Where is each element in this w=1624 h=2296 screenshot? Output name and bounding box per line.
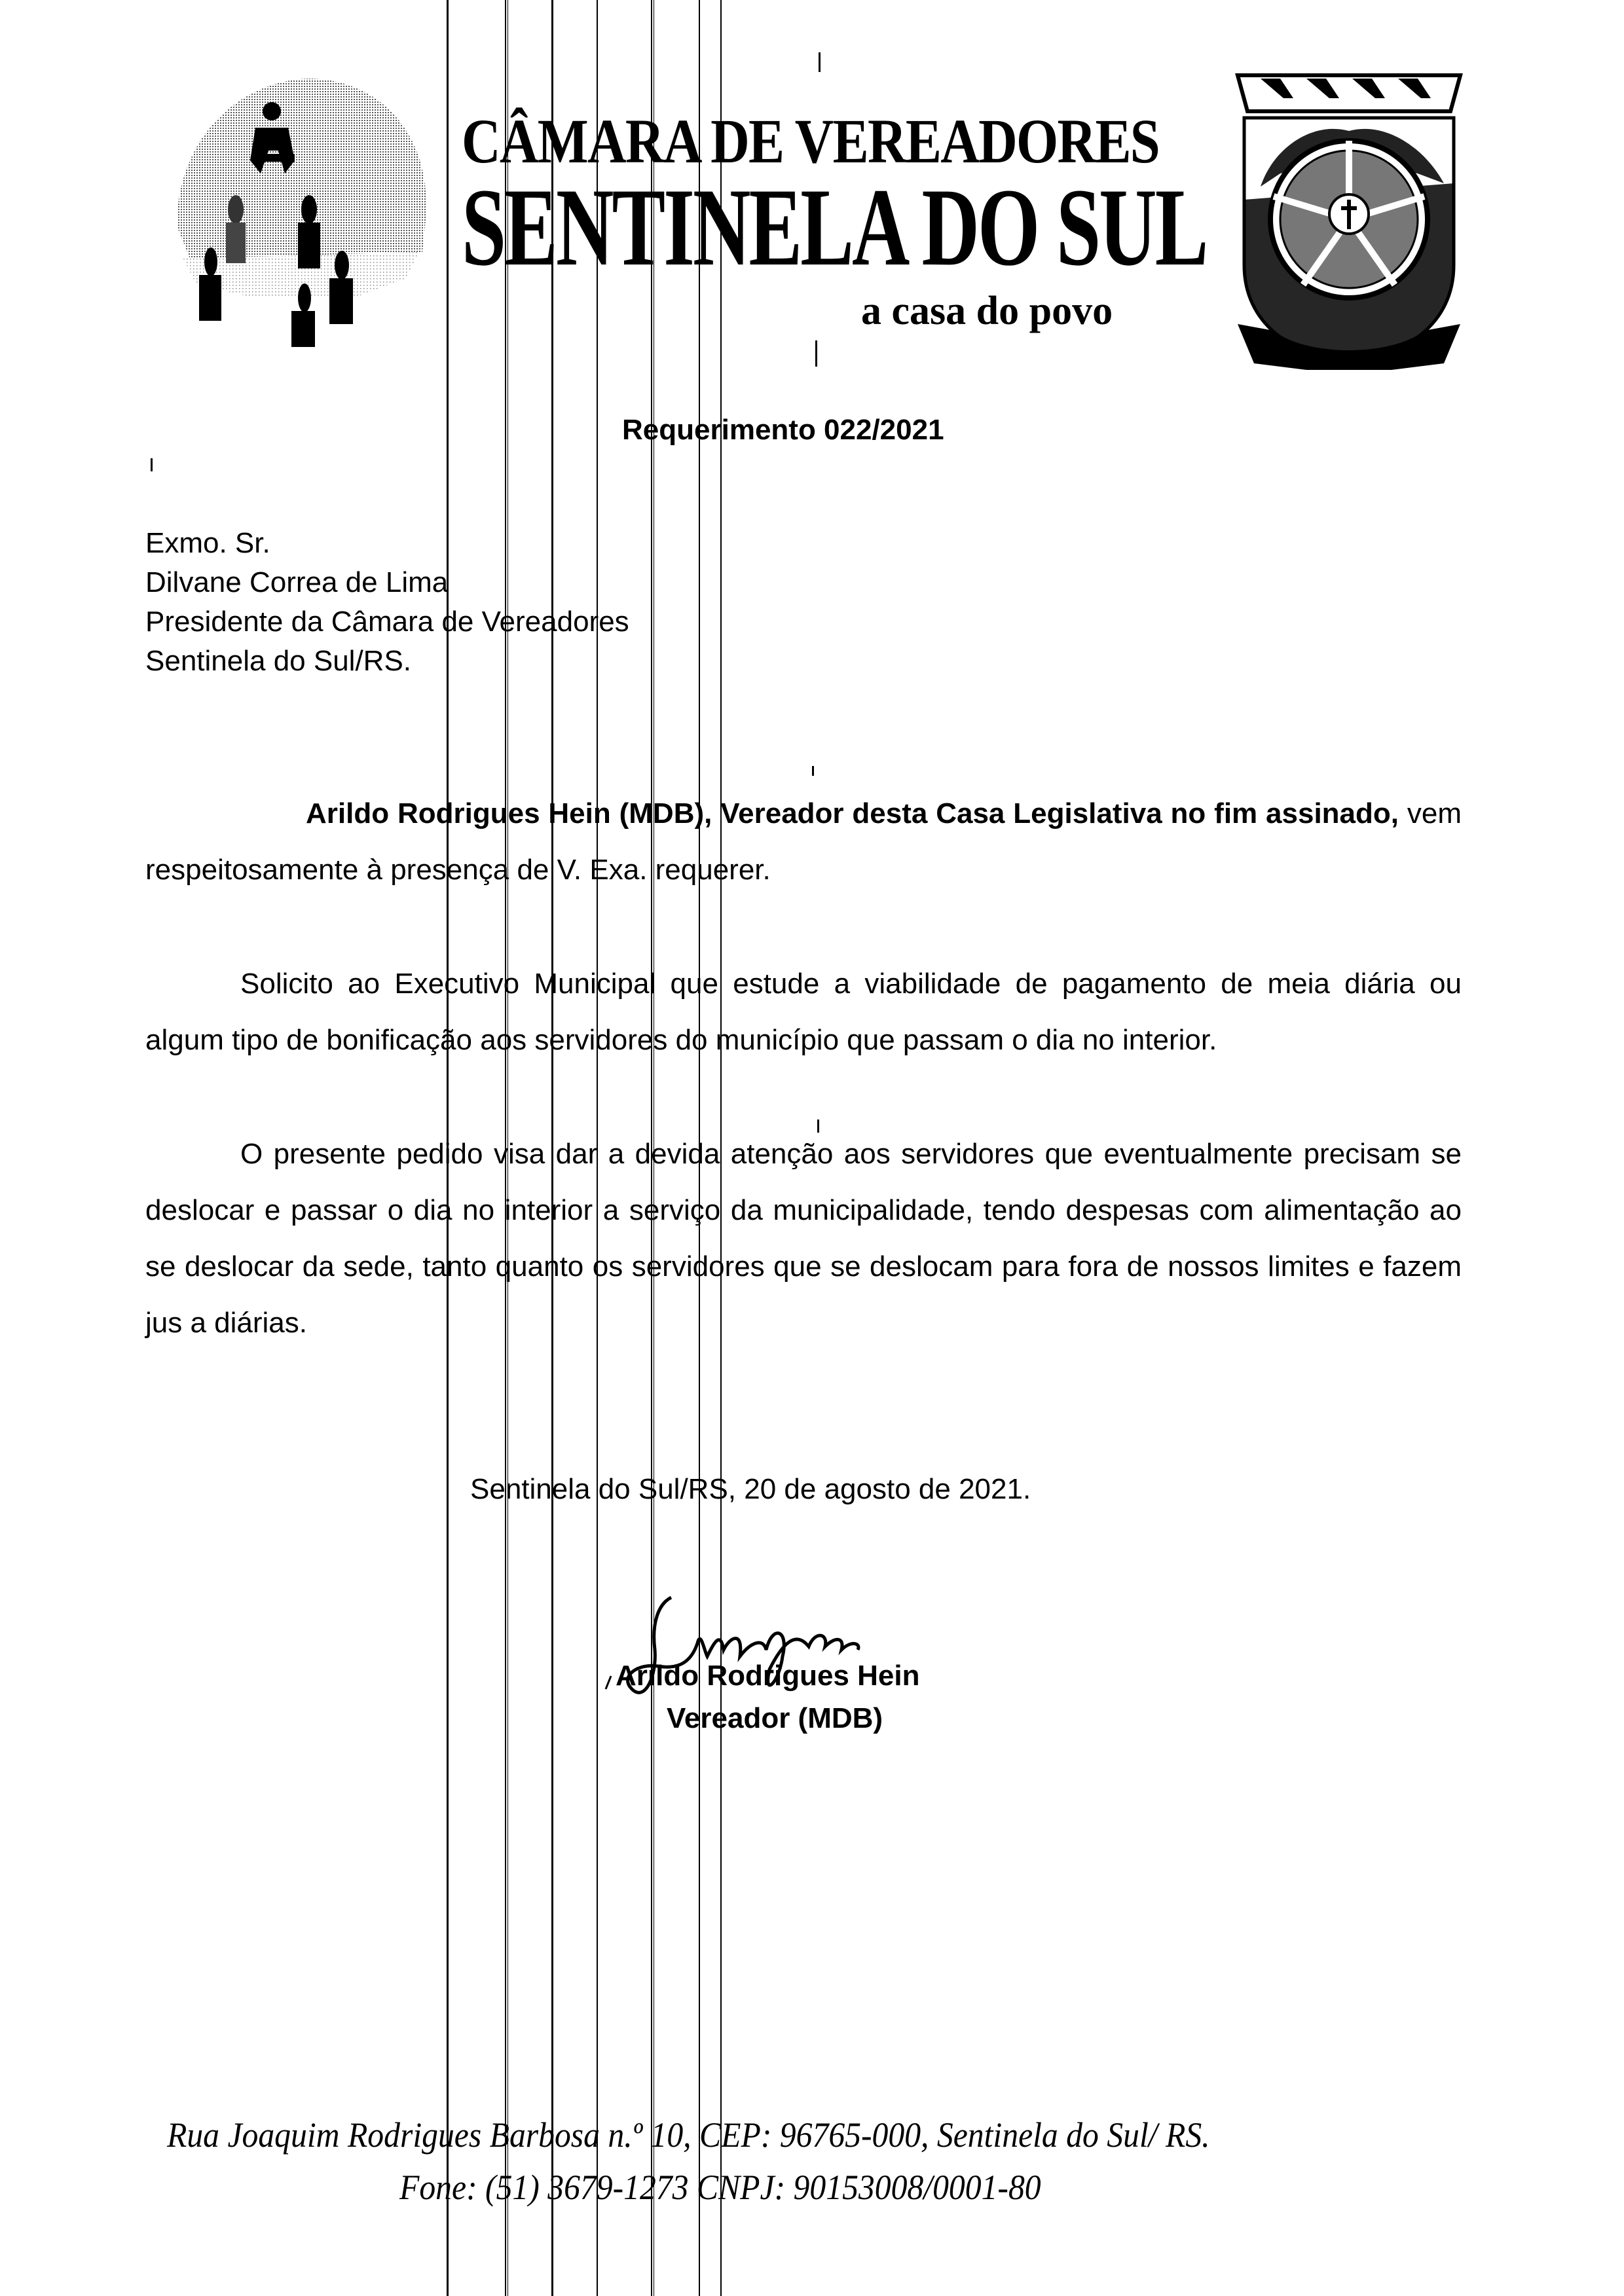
- intro-bold-text: Arildo Rodrigues Hein (MDB), Vereador de…: [306, 797, 1399, 829]
- scan-artifact-line: [654, 0, 654, 2296]
- scan-speck: [815, 340, 817, 367]
- scan-artifact-line: [699, 0, 700, 2296]
- body-paragraph-2: O presente pedido visa dar a devida aten…: [145, 1126, 1462, 1351]
- scan-speck: [151, 458, 153, 471]
- scan-artifact-line: [505, 0, 506, 2296]
- municipal-coat-of-arms-icon: [1234, 69, 1464, 370]
- scan-artifact-line: [507, 0, 508, 2296]
- header-tagline: a casa do povo: [861, 288, 1113, 335]
- scan-artifact-line: [551, 0, 553, 2296]
- scan-speck: [817, 1120, 819, 1133]
- addressee-position: Presidente da Câmara de Vereadores: [145, 602, 629, 642]
- paragraph-text: Solicito ao Executivo Municipal que estu…: [145, 968, 1462, 1056]
- addressee-location: Sentinela do Sul/RS.: [145, 642, 629, 681]
- addressee-salutation: Exmo. Sr.: [145, 524, 629, 563]
- intro-paragraph: Arildo Rodrigues Hein (MDB), Vereador de…: [145, 786, 1462, 898]
- addressee-block: Exmo. Sr. Dilvane Correa de Lima Preside…: [145, 524, 629, 681]
- scan-speck: [819, 52, 821, 72]
- scan-artifact-line: [597, 0, 598, 2296]
- body-paragraph-1: Solicito ao Executivo Municipal que estu…: [145, 956, 1462, 1068]
- scan-artifact-line: [651, 0, 652, 2296]
- scan-artifact-line: [447, 0, 449, 2296]
- people-assembly-icon: [157, 62, 432, 350]
- header-title-line2: SENTINELA DO SUL: [462, 172, 1207, 283]
- date-line: Sentinela do Sul/RS, 20 de agosto de 202…: [470, 1473, 1031, 1506]
- paragraph-text: O presente pedido visa dar a devida aten…: [145, 1138, 1462, 1339]
- scan-speck: [812, 766, 814, 776]
- signer-name: Arildo Rodrigues Hein: [616, 1660, 919, 1692]
- document-title: Requerimento 022/2021: [622, 414, 944, 446]
- scanned-document-page: CÂMARA DE VEREADORES SENTINELA DO SUL a …: [0, 0, 1624, 2296]
- addressee-name: Dilvane Correa de Lima: [145, 563, 629, 602]
- footer-address: Rua Joaquim Rodrigues Barbosa n.º 10, CE…: [167, 2115, 1210, 2155]
- scan-artifact-line: [720, 0, 722, 2296]
